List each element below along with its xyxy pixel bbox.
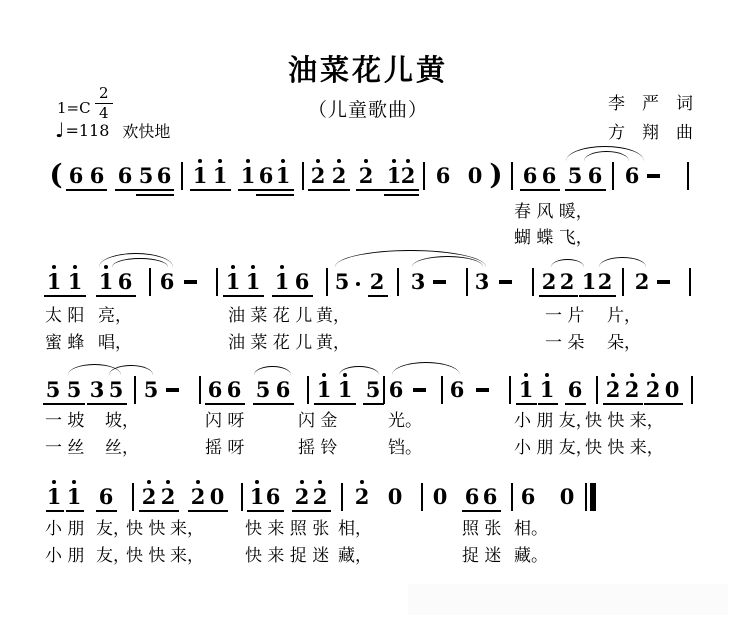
composer-credit: 方 翔 曲 [608, 118, 693, 143]
beam-underline [644, 403, 683, 405]
beam-underline [314, 403, 356, 405]
half-note-dash [413, 388, 426, 392]
beam-underline [190, 189, 231, 191]
lyric-text: 藏， [338, 547, 372, 566]
octave-dot [300, 480, 304, 484]
octave-dot [281, 159, 285, 163]
barline [181, 162, 183, 190]
half-note-dash [184, 280, 197, 284]
lyric-text: 小 朋 [45, 520, 84, 539]
beam-underline [363, 403, 384, 405]
note-number: 6 [118, 271, 133, 292]
barline [532, 268, 534, 296]
half-note-dash [657, 280, 670, 284]
barline [622, 268, 624, 296]
note-number: 6 [276, 379, 291, 400]
lyric-text: 太 阳 [45, 307, 84, 326]
beam-underline [539, 295, 578, 297]
augmentation-dot [356, 282, 360, 286]
note-number: 6 [483, 486, 498, 507]
octave-dot [364, 159, 368, 163]
beam-underline [43, 403, 85, 405]
half-note-dash [647, 174, 660, 178]
lyric-text: 相， [338, 520, 372, 539]
note-number: 1 [338, 379, 353, 400]
beam-underline [368, 295, 388, 297]
note-number: 2 [142, 486, 157, 507]
lyric-text: 来， [170, 520, 204, 539]
note-number: 3 [90, 379, 105, 400]
note-number: 2 [560, 271, 575, 292]
note-number: 1 [67, 486, 82, 507]
note-number: 1 [275, 271, 290, 292]
lyric-text: 小 朋 友， [514, 439, 593, 458]
note-number: 5 [144, 379, 159, 400]
note-number: 1 [582, 271, 597, 292]
note-number: 1 [213, 165, 228, 186]
octave-dot [392, 159, 396, 163]
note-number: 1 [250, 486, 265, 507]
lyric-text: 摇 铃 [298, 439, 337, 458]
note-number: 6 [227, 379, 242, 400]
time-numerator: 2 [95, 85, 113, 104]
lyric-text: 春 风 暖， [514, 203, 593, 222]
octave-dot [318, 480, 322, 484]
note-number: 2 [370, 271, 385, 292]
song-title: 油菜花儿黄 [0, 48, 736, 89]
lyricist-credit: 李 严 词 [608, 89, 693, 114]
note-number: 2 [295, 486, 310, 507]
watermark-box [408, 584, 728, 615]
note-number: 6 [450, 379, 465, 400]
barline [134, 376, 136, 404]
note-number: 0 [560, 486, 575, 507]
octave-dot [337, 159, 341, 163]
note-number: 6 [542, 165, 557, 186]
barline [612, 162, 614, 190]
note-number: 6 [259, 165, 274, 186]
phrase-paren: ( [49, 161, 62, 189]
barline [132, 483, 134, 511]
barline [216, 268, 218, 296]
beam-underline [565, 189, 606, 191]
beam-underline [87, 403, 127, 405]
barline [397, 268, 399, 296]
octave-dot [322, 373, 326, 377]
note-number: 0 [433, 486, 448, 507]
note-number: 5 [139, 165, 154, 186]
barline [691, 376, 693, 404]
beam-underline [538, 403, 558, 405]
note-number: 6 [99, 486, 114, 507]
octave-dot [524, 373, 528, 377]
slur-arc [109, 365, 153, 375]
octave-dot [231, 265, 235, 269]
octave-dot [630, 373, 634, 377]
note-number: 6 [523, 165, 538, 186]
note-number: 6 [568, 379, 583, 400]
octave-dot [406, 159, 410, 163]
note-number: 6 [90, 165, 105, 186]
sheet-music-page: 油菜花儿黄 （儿童歌曲） 李 严 词 方 翔 曲 1=C 2 4 ♩ =118 … [0, 0, 736, 626]
lyric-text: 友， [96, 520, 130, 539]
barline [596, 376, 598, 404]
note-number: 1 [540, 379, 555, 400]
note-number: 1 [519, 379, 534, 400]
beam-underline [565, 403, 586, 405]
time-signature: 2 4 [95, 85, 113, 121]
note-number: 6 [521, 486, 536, 507]
beam-underline [46, 510, 64, 512]
lyric-text: 快 来 捉 迷 [245, 547, 329, 566]
note-number: 2 [355, 486, 370, 507]
beam-underline [462, 510, 501, 512]
tempo-value: =118 [65, 121, 109, 140]
lyric-text: 闪 金 [298, 412, 337, 431]
octave-dot [52, 480, 56, 484]
note-number: 1 [276, 165, 291, 186]
note-number: 1 [246, 271, 261, 292]
lyric-text: 一 丝 [45, 439, 84, 458]
lyric-text: 油 菜 花 儿 [228, 334, 312, 353]
lyric-text: 铛。 [388, 439, 422, 458]
half-note-dash [476, 388, 489, 392]
octave-dot [52, 265, 56, 269]
beam-underline [205, 403, 245, 405]
beam-underline [516, 403, 537, 405]
note-number: 3 [475, 271, 490, 292]
note-number: 0 [665, 379, 680, 400]
barline [383, 376, 385, 404]
octave-dot [198, 159, 202, 163]
octave-dot [316, 159, 320, 163]
note-number: 5 [256, 379, 271, 400]
beam-underline [66, 510, 84, 512]
note-number: 2 [401, 165, 416, 186]
lyric-text: 快 快 [126, 547, 165, 566]
phrase-paren: ) [489, 161, 502, 189]
octave-dot [651, 373, 655, 377]
note-number: 5 [568, 165, 583, 186]
beam-underline [238, 189, 294, 191]
barline [199, 376, 201, 404]
beam-underline [356, 189, 419, 191]
lyric-text: 蝴 蝶 飞， [514, 229, 593, 248]
note-number: 1 [241, 165, 256, 186]
lyric-text: 快 快 来， [585, 412, 664, 431]
beam-underline [66, 189, 107, 191]
barline [421, 483, 423, 511]
note-number: 5 [67, 379, 82, 400]
barline [341, 483, 343, 511]
key-signature: 1=C [57, 99, 91, 117]
barline [241, 483, 243, 511]
lyric-text: 小 朋 [45, 547, 84, 566]
note-number: 2 [598, 271, 613, 292]
barline [511, 162, 513, 190]
octave-dot [196, 480, 200, 484]
note-number: 6 [160, 271, 175, 292]
lyric-text: 坡， [105, 412, 139, 431]
barline [302, 162, 304, 190]
note-number: 1 [47, 271, 62, 292]
beam-underline [256, 194, 294, 196]
final-barline-thin [585, 483, 587, 511]
lyric-text: 来， [170, 547, 204, 566]
note-number: 0 [388, 486, 403, 507]
octave-dot [72, 480, 76, 484]
beam-underline [308, 189, 350, 191]
note-number: 0 [468, 165, 483, 186]
lyric-text: 黄， [316, 334, 350, 353]
octave-dot [611, 373, 615, 377]
lyric-text: 亮， [98, 307, 132, 326]
slur-arc [551, 259, 584, 267]
slur-arc [339, 366, 379, 375]
note-number: 6 [465, 486, 480, 507]
lyric-text: 友， [96, 547, 130, 566]
note-number: 6 [295, 271, 310, 292]
lyric-text: 蜜 蜂 [45, 334, 84, 353]
note-number: 1 [317, 379, 332, 400]
barline [511, 483, 513, 511]
lyric-text: 片， [607, 307, 641, 326]
note-number: 6 [389, 379, 404, 400]
octave-dot [166, 480, 170, 484]
barline [423, 162, 425, 190]
beam-underline [223, 295, 264, 297]
lyric-text: 油 菜 花 儿 [228, 307, 312, 326]
octave-dot [147, 480, 151, 484]
note-number: 2 [161, 486, 176, 507]
barline [326, 268, 328, 296]
lyric-text: 快 快 来， [585, 439, 664, 458]
beam-underline [579, 295, 616, 297]
lyric-text: 朵， [607, 334, 641, 353]
note-number: 6 [157, 165, 172, 186]
octave-dot [280, 265, 284, 269]
note-number: 2 [359, 165, 374, 186]
beam-underline [188, 510, 228, 512]
lyric-text: 一 坡 [45, 412, 84, 431]
half-note-dash [166, 388, 179, 392]
note-number: 2 [313, 486, 328, 507]
barline [441, 376, 443, 404]
note-number: 2 [542, 271, 557, 292]
beam-underline [272, 295, 313, 297]
octave-dot [545, 373, 549, 377]
lyric-text: 闪 呀 [205, 412, 244, 431]
slur-arc [599, 257, 646, 267]
beam-underline [384, 194, 419, 196]
beam-underline [603, 403, 643, 405]
note-number: 2 [191, 486, 206, 507]
lyric-text: 快 快 [126, 520, 165, 539]
note-number: 1 [226, 271, 241, 292]
beam-underline [139, 510, 179, 512]
octave-dot [246, 159, 250, 163]
beam-underline [136, 194, 174, 196]
lyric-text: 光。 [388, 412, 422, 431]
note-number: 2 [625, 379, 640, 400]
quarter-note-icon: ♩ [55, 118, 64, 142]
lyric-text: 黄， [316, 307, 350, 326]
barline [466, 268, 468, 296]
beam-underline [253, 403, 294, 405]
note-number: 5 [366, 379, 381, 400]
lyric-text: 快 来 照 张 [245, 520, 329, 539]
beam-underline [115, 189, 174, 191]
note-number: 2 [332, 165, 347, 186]
beam-underline [292, 510, 331, 512]
octave-dot [255, 480, 259, 484]
expression-text: 欢快地 [122, 119, 170, 142]
final-barline-thick [590, 483, 596, 511]
note-number: 6 [266, 486, 281, 507]
beam-underline [96, 510, 117, 512]
lyric-text: 捉 迷 [462, 547, 501, 566]
lyric-text: 摇 呀 [205, 439, 244, 458]
beam-underline [520, 189, 560, 191]
half-note-dash [433, 280, 446, 284]
note-number: 6 [208, 379, 223, 400]
note-number: 0 [210, 486, 225, 507]
slur-arc [254, 366, 291, 375]
note-number: 3 [411, 271, 426, 292]
note-number: 1 [99, 271, 114, 292]
note-number: 6 [625, 165, 640, 186]
note-number: 5 [335, 271, 350, 292]
lyric-text: 一 片 [545, 307, 584, 326]
tempo-marking: ♩ =118 欢快地 [55, 118, 170, 142]
lyric-text: 丝， [105, 439, 139, 458]
beam-underline [96, 295, 136, 297]
barline [687, 162, 689, 190]
lyric-text: 照 张 [462, 520, 501, 539]
octave-dot [251, 265, 255, 269]
lyric-text: 一 朵 [545, 334, 584, 353]
lyric-text: 相。 [514, 520, 548, 539]
barline [689, 268, 691, 296]
half-note-dash [499, 280, 512, 284]
beam-underline [247, 510, 284, 512]
note-number: 5 [46, 379, 61, 400]
barline [149, 268, 151, 296]
beam-underline [44, 295, 86, 297]
lyric-text: 小 朋 友， [514, 412, 593, 431]
note-number: 1 [387, 165, 402, 186]
note-number: 2 [606, 379, 621, 400]
note-number: 2 [635, 271, 650, 292]
octave-dot [218, 159, 222, 163]
note-number: 5 [109, 379, 124, 400]
note-number: 1 [47, 486, 62, 507]
lyric-text: 藏。 [514, 547, 548, 566]
note-number: 6 [118, 165, 133, 186]
note-number: 6 [436, 165, 451, 186]
slur-arc [392, 362, 460, 375]
octave-dot [360, 480, 364, 484]
note-number: 2 [311, 165, 326, 186]
note-number: 6 [588, 165, 603, 186]
barline [307, 376, 309, 404]
note-number: 1 [193, 165, 208, 186]
note-number: 2 [646, 379, 661, 400]
barline [509, 376, 511, 404]
lyric-text: 唱， [98, 334, 132, 353]
octave-dot [73, 265, 77, 269]
note-number: 6 [69, 165, 84, 186]
note-number: 1 [68, 271, 83, 292]
